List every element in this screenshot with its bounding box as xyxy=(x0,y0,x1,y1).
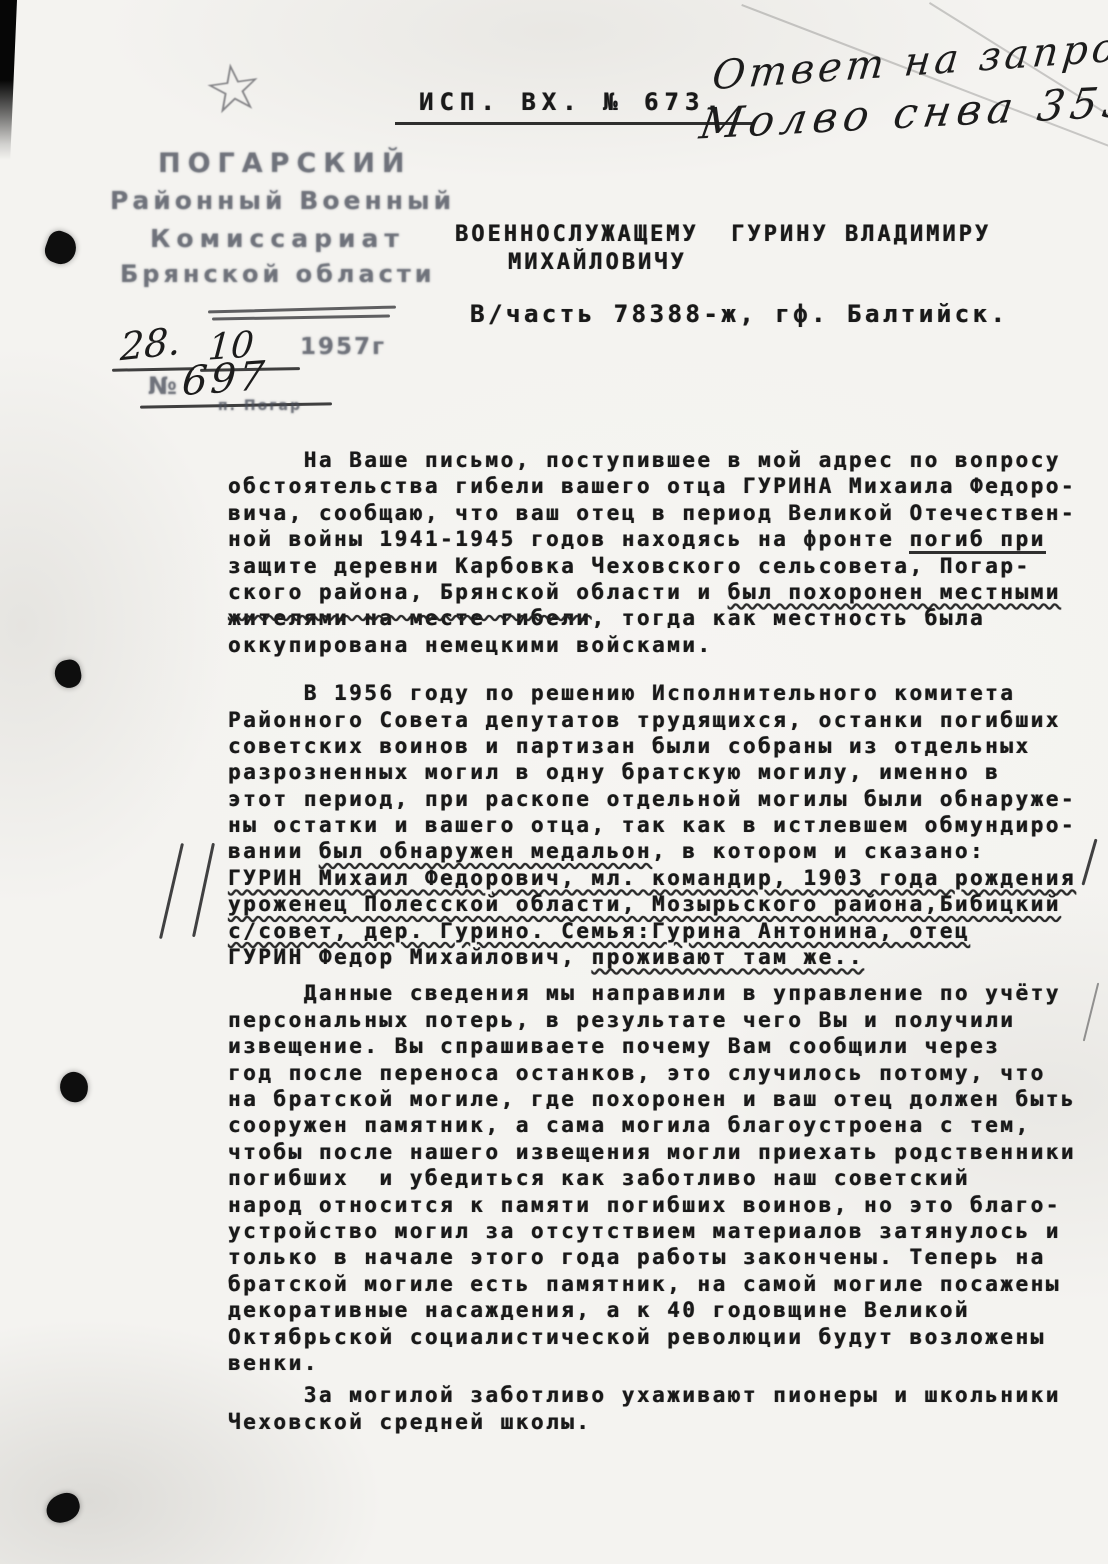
text-segment: защите деревни Карбовка Чеховского сельс… xyxy=(228,554,1031,578)
text-segment: братской могиле есть памятник, на самой … xyxy=(228,1272,1061,1296)
text-line: народ относится к памяти погибших воинов… xyxy=(228,1192,1108,1218)
addressee-line1: ВОЕННОСЛУЖАЩЕМУ ГУРИНУ ВЛАДИМИРУ xyxy=(455,222,991,247)
text-segment: В 1956 году по решению Исполнительного к… xyxy=(228,681,1015,705)
text-line: сооружен памятник, а сама могила благоус… xyxy=(228,1112,1108,1138)
text-line: вича, сообщаю, что ваш отец в период Вел… xyxy=(228,500,1108,526)
text-segment: оккупирована немецкими войсками. xyxy=(228,633,713,657)
text-segment: уроженец Полесской области, Мозырьского … xyxy=(228,892,1061,916)
text-line: разрозненных могил в одну братскую могил… xyxy=(228,759,1108,785)
text-segment: вича, сообщаю, что ваш отец в период Вел… xyxy=(228,501,1076,525)
text-segment: Районного Совета депутатов трудящихся, о… xyxy=(228,708,1061,732)
margin-slash-mark xyxy=(159,843,184,939)
text-line: ной войны 1941-1945 годов находясь на фр… xyxy=(228,526,1108,552)
text-segment: чтобы после нашего извещения могли приех… xyxy=(228,1140,1076,1164)
paragraph: За могилой заботливо ухаживают пионеры и… xyxy=(228,1382,1108,1435)
text-segment: проживают там же.. xyxy=(591,945,864,969)
text-line: ГУРИН Федор Михайлович, проживают там же… xyxy=(228,944,1108,970)
addressee-unit-line: В/часть 78388-ж, гф. Балтийск. xyxy=(470,300,1008,328)
ink-blot xyxy=(41,228,80,268)
ink-blot xyxy=(58,1070,90,1104)
text-line: этот период, при раскопе отдельной могил… xyxy=(228,786,1108,812)
text-segment: на братской могиле, где похоронен и ваш … xyxy=(228,1087,1076,1111)
scanned-letter-page: ☆ ИСП. ВХ. № 673. Ответ на запрос Молво … xyxy=(0,0,1108,1564)
stamp-org-line: Брянской области xyxy=(120,260,436,288)
stamp-org-line: ПОГАРСКИЙ xyxy=(158,148,412,179)
text-segment: жителями на месте гибели xyxy=(228,606,591,630)
text-segment: советских воинов и партизан были собраны… xyxy=(228,734,1031,758)
text-line: Октябрьской социалистической революции б… xyxy=(228,1324,1108,1350)
scan-edge-artifact xyxy=(0,0,17,160)
stamp-date-year: 1957г xyxy=(300,334,386,360)
text-line: жителями на месте гибели, тогда как мест… xyxy=(228,605,1108,631)
text-segment: обстоятельства гибели вашего отца ГУРИНА… xyxy=(228,474,1076,498)
text-segment: был обнаружен медальон xyxy=(319,839,652,863)
text-segment: устройство могил за отсутствием материал… xyxy=(228,1219,1061,1243)
text-segment: ной войны 1941-1945 годов находясь на фр… xyxy=(228,527,909,551)
text-segment: ГУРИН Михаил Федорович, мл. командир, 19… xyxy=(228,866,1076,890)
stamp-org-line: Районный Военный xyxy=(110,186,455,215)
text-segment: погибших и убедиться как заботливо наш с… xyxy=(228,1166,970,1190)
text-segment: год после переноса останков, это случило… xyxy=(228,1061,1046,1085)
text-segment: только в начале этого года работы законч… xyxy=(228,1245,1046,1269)
text-segment: декоративные насаждения, а к 40 годовщин… xyxy=(228,1298,970,1322)
ink-blot xyxy=(52,658,83,691)
text-segment: был похоронен местными xyxy=(728,580,1061,604)
stamp-date-underline xyxy=(112,367,194,371)
text-segment: этот период, при раскопе отдельной могил… xyxy=(228,787,1076,811)
star-icon: ☆ xyxy=(200,52,268,126)
addressee-line2: МИХАЙЛОВИЧУ xyxy=(508,250,687,275)
text-line: ГУРИН Михаил Федорович, мл. командир, 19… xyxy=(228,865,1108,891)
text-segment: ского района, Брянской области и xyxy=(228,580,728,604)
text-segment: венки. xyxy=(228,1351,319,1375)
stamp-place: п. Погар xyxy=(218,398,302,414)
text-segment: , тогда как местность была xyxy=(591,606,985,630)
text-line: уроженец Полесской области, Мозырьского … xyxy=(228,891,1108,917)
ink-blot xyxy=(43,1489,84,1526)
text-segment: ны остатки и вашего отца, так как в истл… xyxy=(228,813,1076,837)
text-segment: разрозненных могил в одну братскую могил… xyxy=(228,760,1000,784)
text-line: декоративные насаждения, а к 40 годовщин… xyxy=(228,1297,1108,1323)
stamp-org-line: Комиссариат xyxy=(150,224,405,253)
text-line: год после переноса останков, это случило… xyxy=(228,1060,1108,1086)
text-line: братской могиле есть памятник, на самой … xyxy=(228,1271,1108,1297)
stamp-date-day: 28. xyxy=(119,319,181,370)
text-line: с/совет, дер. Гурино. Семья:Гурина Антон… xyxy=(228,918,1108,944)
paragraph: В 1956 году по решению Исполнительного к… xyxy=(228,680,1108,970)
margin-slash-mark xyxy=(192,843,215,938)
text-line: устройство могил за отсутствием материал… xyxy=(228,1218,1108,1244)
text-line: оккупирована немецкими войсками. xyxy=(228,632,1108,658)
text-segment: персональных потерь, в результате чего В… xyxy=(228,1008,1015,1032)
text-segment: , в котором и сказано: xyxy=(652,839,985,863)
text-line: персональных потерь, в результате чего В… xyxy=(228,1007,1108,1033)
text-line: погибших и убедиться как заботливо наш с… xyxy=(228,1165,1108,1191)
text-segment: погиб при xyxy=(909,527,1045,554)
stamp-scribble-line xyxy=(208,306,396,313)
text-segment: народ относится к памяти погибших воинов… xyxy=(228,1193,1061,1217)
text-segment: сооружен памятник, а сама могила благоус… xyxy=(228,1113,1031,1137)
text-line: только в начале этого года работы законч… xyxy=(228,1244,1108,1270)
letter-body: На Ваше письмо, поступившее в мой адрес … xyxy=(228,447,1108,1435)
text-line: В 1956 году по решению Исполнительного к… xyxy=(228,680,1108,706)
text-segment: ГУРИН Федор Михайлович, xyxy=(228,945,591,969)
text-segment: извещение. Вы спрашиваете почему Вам соо… xyxy=(228,1034,1000,1058)
text-segment: вании xyxy=(228,839,319,863)
paragraph: На Ваше письмо, поступившее в мой адрес … xyxy=(228,447,1108,658)
text-line: За могилой заботливо ухаживают пионеры и… xyxy=(228,1382,1108,1408)
text-segment: с/совет, дер. Гурино. Семья:Гурина Антон… xyxy=(228,919,970,943)
paragraph: Данные сведения мы направили в управлени… xyxy=(228,980,1108,1376)
text-line: Чеховской средней школы. xyxy=(228,1409,1108,1435)
text-segment: Чеховской средней школы. xyxy=(228,1410,591,1434)
text-segment: Октябрьской социалистической революции б… xyxy=(228,1325,1046,1349)
text-segment: Данные сведения мы направили в управлени… xyxy=(228,981,1061,1005)
stamp-scribble-line xyxy=(212,314,390,320)
text-line: венки. xyxy=(228,1350,1108,1376)
stamp-number-sign: № xyxy=(148,372,177,400)
text-line: чтобы после нашего извещения могли приех… xyxy=(228,1139,1108,1165)
text-line: советских воинов и партизан были собраны… xyxy=(228,733,1108,759)
text-line: обстоятельства гибели вашего отца ГУРИНА… xyxy=(228,473,1108,499)
text-line: Данные сведения мы направили в управлени… xyxy=(228,980,1108,1006)
text-line: ского района, Брянской области и был пох… xyxy=(228,579,1108,605)
text-line: ны остатки и вашего отца, так как в истл… xyxy=(228,812,1108,838)
text-line: защите деревни Карбовка Чеховского сельс… xyxy=(228,553,1108,579)
text-line: На Ваше письмо, поступившее в мой адрес … xyxy=(228,447,1108,473)
text-line: на братской могиле, где похоронен и ваш … xyxy=(228,1086,1108,1112)
text-segment: На Ваше письмо, поступившее в мой адрес … xyxy=(228,448,1061,472)
text-line: извещение. Вы спрашиваете почему Вам соо… xyxy=(228,1033,1108,1059)
text-line: вании был обнаружен медальон, в котором … xyxy=(228,838,1108,864)
text-line: Районного Совета депутатов трудящихся, о… xyxy=(228,707,1108,733)
text-segment: За могилой заботливо ухаживают пионеры и… xyxy=(228,1383,1061,1407)
